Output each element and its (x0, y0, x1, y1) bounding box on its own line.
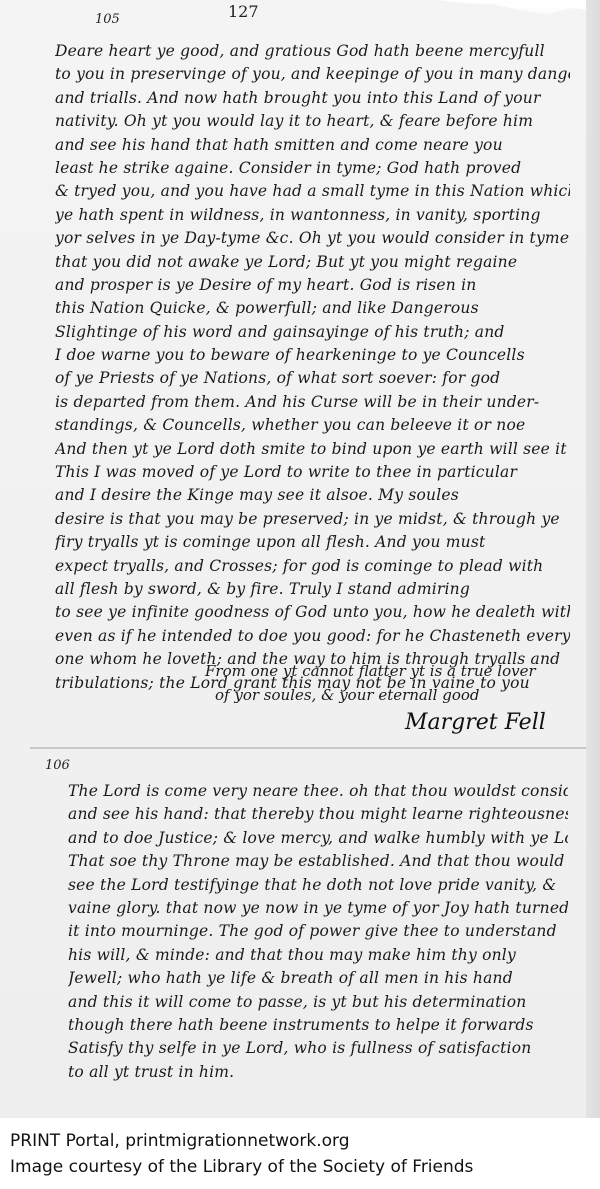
letter-line: The Lord is come very neare thee. oh tha… (68, 780, 568, 803)
letter-line: to all yt trust in him. (68, 1061, 568, 1084)
letter-line: though there hath beene instruments to h… (68, 1014, 568, 1037)
letter-2-body: The Lord is come very neare thee. oh tha… (68, 780, 568, 1084)
letter-line: and prosper is ye Desire of my heart. Go… (55, 274, 570, 297)
page-number-106: 106 (45, 758, 70, 773)
letter-line: and I desire the Kinge may see it alsoe.… (55, 484, 570, 507)
letter-line: That soe thy Throne may be established. … (68, 850, 568, 873)
letter-line: and see his hand: that thereby thou migh… (68, 803, 568, 826)
letter-line: and this it will come to passe, is yt bu… (68, 991, 568, 1014)
letter-line: see the Lord testifyinge that he doth no… (68, 874, 568, 897)
letter-line: his will, & minde: and that thou may mak… (68, 944, 568, 967)
torn-corner (420, 0, 600, 40)
page-divider (30, 747, 586, 749)
manuscript-scan: 105 127 Deare heart ye good, and gratiou… (0, 0, 600, 1118)
image-credit: PRINT Portal, printmigrationnetwork.org … (10, 1128, 590, 1180)
letter-line: that you did not awake ye Lord; But yt y… (55, 251, 570, 274)
letter-line: least he strike againe. Consider in tyme… (55, 157, 570, 180)
letter-line: Jewell; who hath ye life & breath of all… (68, 967, 568, 990)
letter-line: yor selves in ye Day-tyme &c. Oh yt you … (55, 227, 570, 250)
letter-line: is departed from them. And his Curse wil… (55, 391, 570, 414)
letter-line: even as if he intended to doe you good: … (55, 625, 570, 648)
letter-line: expect tryalls, and Crosses; for god is … (55, 555, 570, 578)
letter-line: of ye Priests of ye Nations, of what sor… (55, 367, 570, 390)
closing-line-1: From one yt cannot flatter yt is a true … (205, 662, 536, 680)
closing-line-2: of yor soules, & your eternall good (215, 686, 480, 704)
letter-1-body: Deare heart ye good, and gratious God ha… (55, 40, 570, 695)
credit-library: Image courtesy of the Library of the Soc… (10, 1154, 590, 1180)
letter-line: to you in preservinge of you, and keepin… (55, 63, 570, 86)
letter-line: vaine glory. that now ye now in ye tyme … (68, 897, 568, 920)
letter-line: it into mourninge. The god of power give… (68, 920, 568, 943)
letter-line: to see ye infinite goodness of God unto … (55, 601, 570, 624)
letter-line: I doe warne you to beware of hearkeninge… (55, 344, 570, 367)
letter-line: Satisfy thy selfe in ye Lord, who is ful… (68, 1037, 568, 1060)
letter-line: and see his hand that hath smitten and c… (55, 134, 570, 157)
signature: Margret Fell (405, 710, 546, 735)
credit-portal: PRINT Portal, printmigrationnetwork.org (10, 1128, 590, 1154)
page-edge (586, 0, 600, 1118)
letter-line: nativity. Oh yt you would lay it to hear… (55, 110, 570, 133)
letter-line: firy tryalls yt is cominge upon all fles… (55, 531, 570, 554)
letter-line: desire is that you may be preserved; in … (55, 508, 570, 531)
letter-line: this Nation Quicke, & powerfull; and lik… (55, 297, 570, 320)
letter-line: and to doe Justice; & love mercy, and wa… (68, 827, 568, 850)
folio-mark: 127 (228, 2, 259, 21)
letter-line: all flesh by sword, & by fire. Truly I s… (55, 578, 570, 601)
letter-line: Slightinge of his word and gainsayinge o… (55, 321, 570, 344)
letter-line: And then yt ye Lord doth smite to bind u… (55, 438, 570, 461)
letter-line: ye hath spent in wildness, in wantonness… (55, 204, 570, 227)
letter-line: and trialls. And now hath brought you in… (55, 87, 570, 110)
letter-line: This I was moved of ye Lord to write to … (55, 461, 570, 484)
letter-line: & tryed you, and you have had a small ty… (55, 180, 570, 203)
letter-line: standings, & Councells, whether you can … (55, 414, 570, 437)
letter-line: Deare heart ye good, and gratious God ha… (55, 40, 570, 63)
page-number-105: 105 (95, 12, 120, 27)
